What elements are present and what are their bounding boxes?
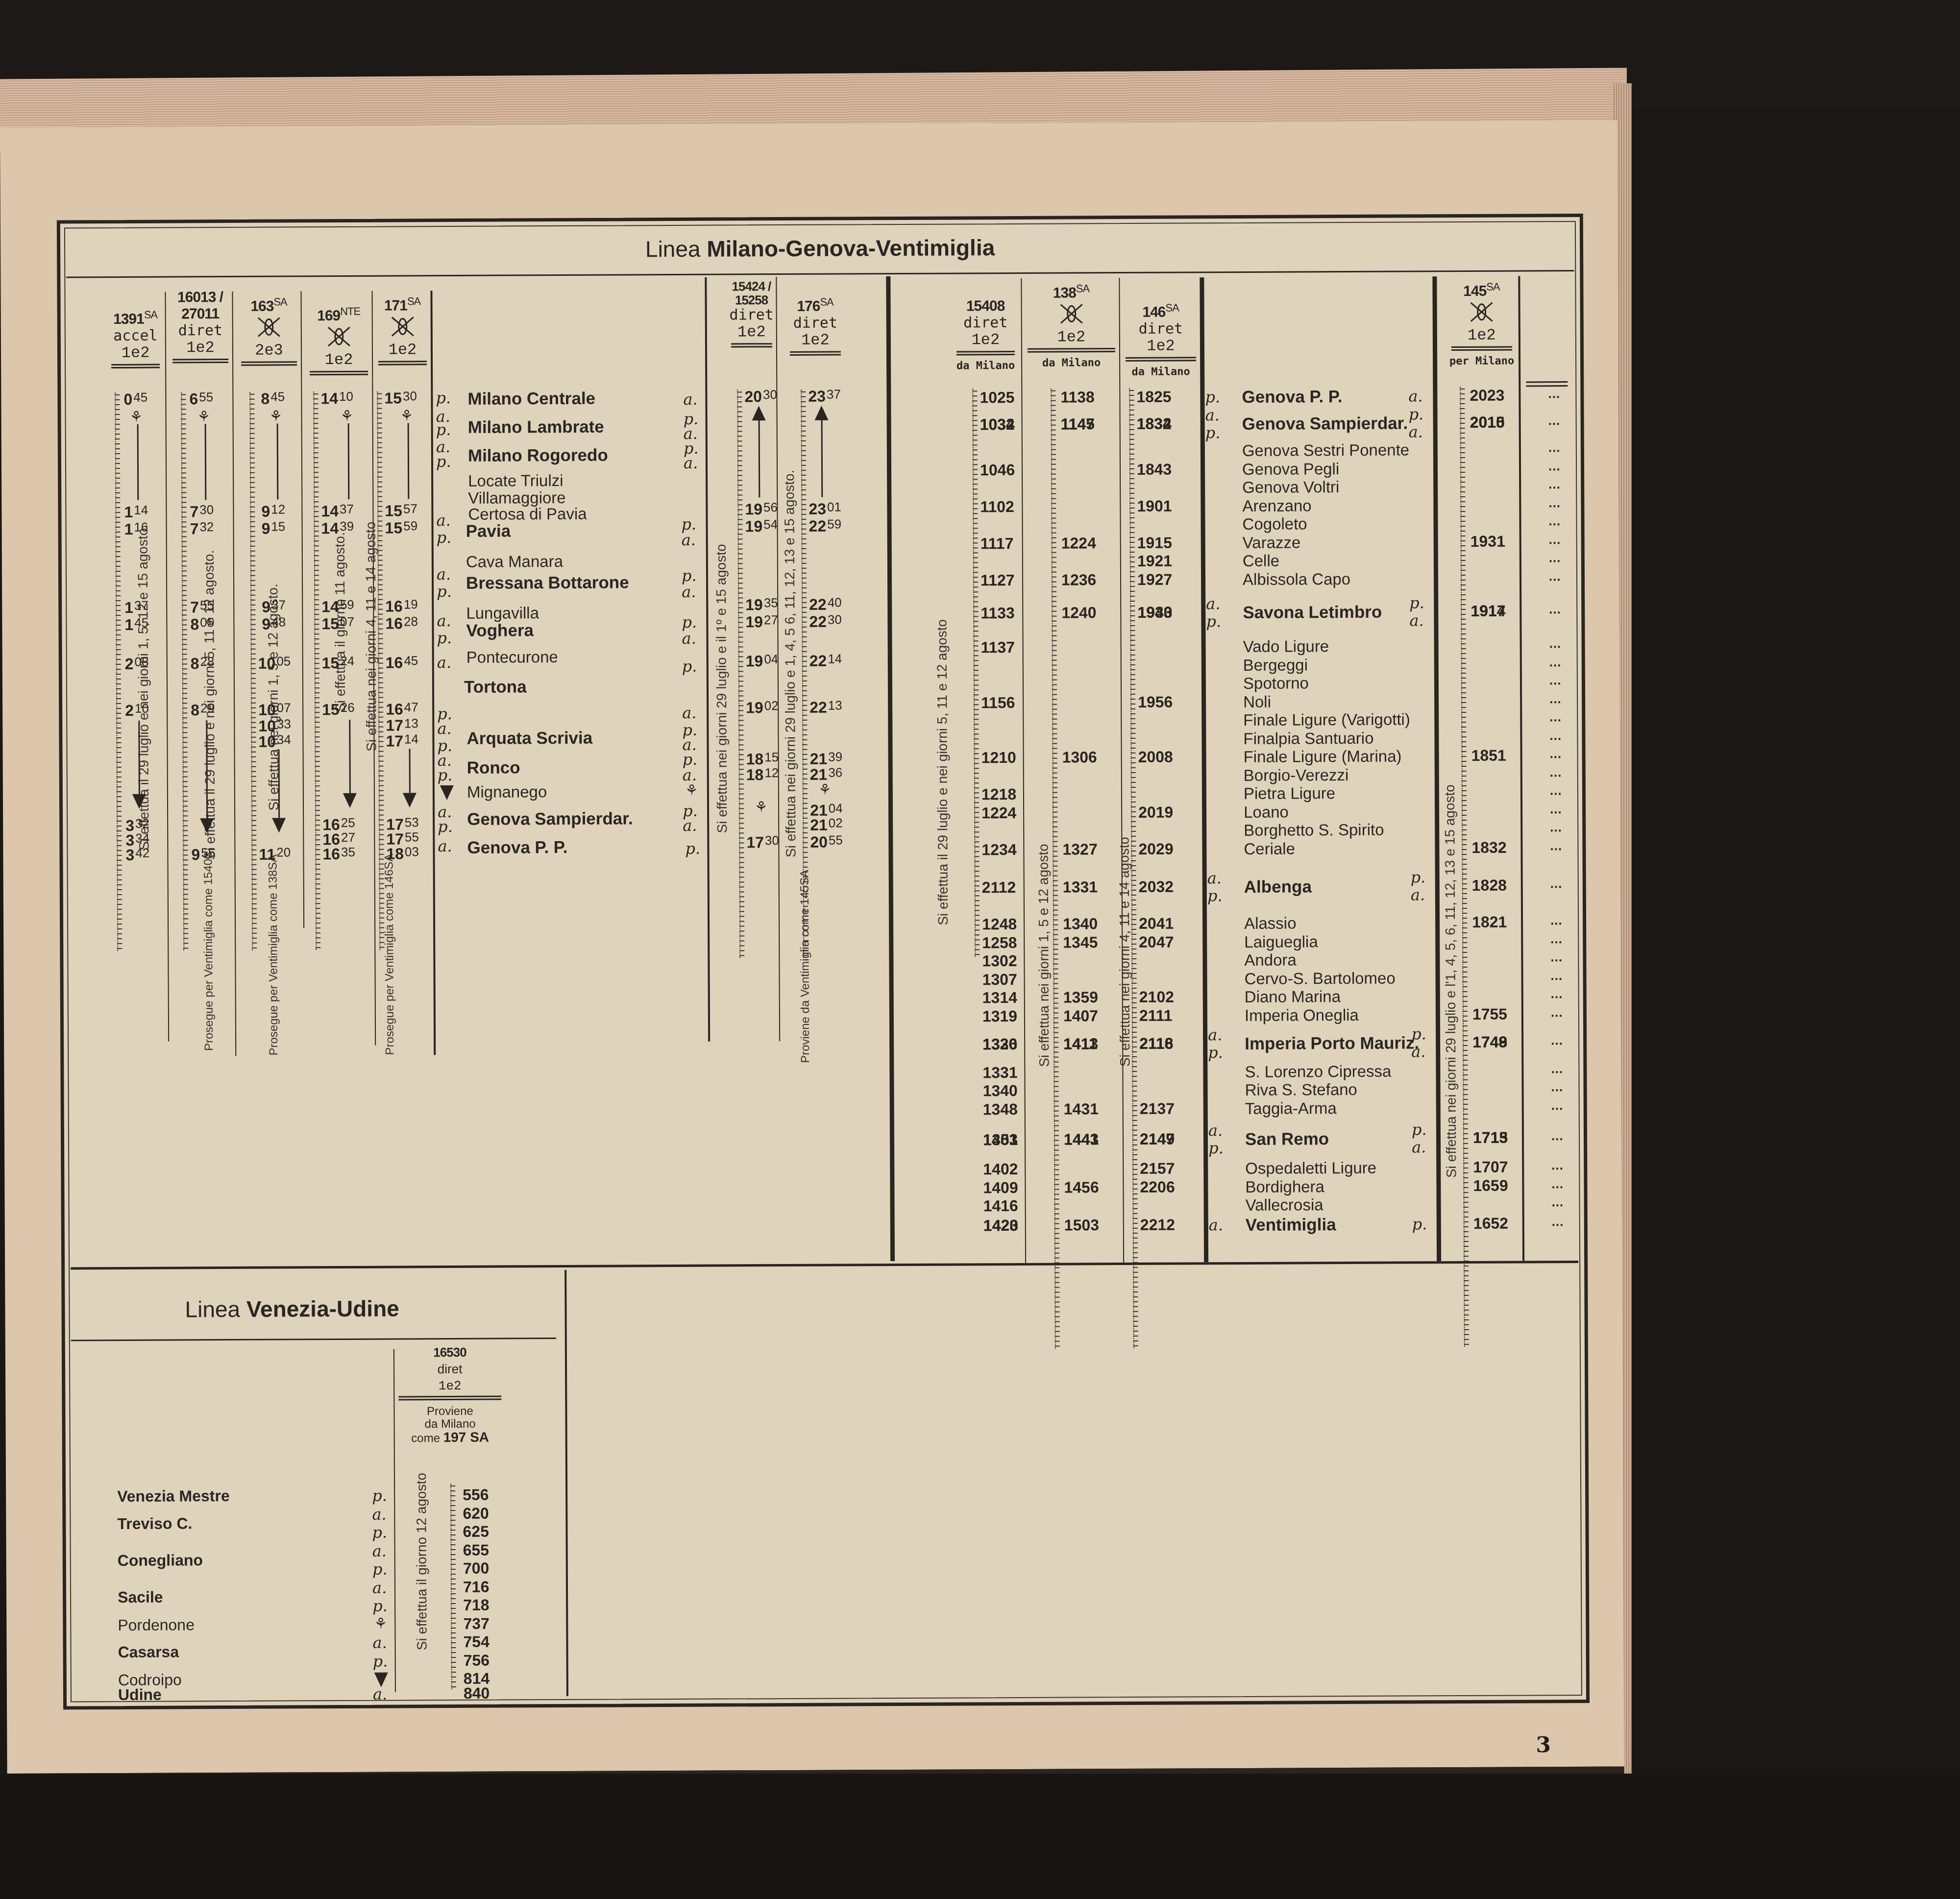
time-cell: 1133	[980, 604, 1015, 622]
time-cell: 1921	[1137, 552, 1172, 570]
station-noli[interactable]: Noli	[1243, 693, 1271, 711]
station-cogoleto[interactable]: Cogoleto	[1242, 514, 1307, 534]
time-cell: 1302	[982, 952, 1017, 970]
station-imperia-porto-mauriz-[interactable]: Imperia Porto Mauriz.	[1245, 1033, 1419, 1054]
no-stop-icon: ⚘	[374, 1615, 387, 1632]
train-header-15424: 15424 / 15258 diret 1e2	[727, 279, 776, 347]
station-cervo-s-bartolomeo[interactable]: Cervo-S. Bartolomeo	[1245, 969, 1396, 988]
train-header-146: 146SA diret 1e2 da Milano	[1122, 299, 1200, 379]
arrow-down-icon	[132, 794, 146, 809]
station-genova-voltri[interactable]: Genova Voltri	[1242, 478, 1339, 497]
station-finalpia-santuario[interactable]: Finalpia Santuario	[1243, 729, 1373, 748]
station-spotorno[interactable]: Spotorno	[1243, 674, 1309, 693]
timetable-frame: Linea Milano-Genova-Ventimiglia 1391SA a…	[57, 214, 1590, 1710]
time-cell: 1821	[1472, 913, 1507, 931]
rapido-icon	[389, 314, 416, 339]
time-cell: 1025	[980, 389, 1014, 407]
time-cell: 655	[463, 1541, 490, 1559]
time-cell: 1127	[980, 571, 1015, 589]
rapido-icon	[1468, 300, 1495, 324]
train-header-171: 171SA 1e2	[374, 293, 431, 365]
time-cell: 2008	[1138, 748, 1173, 766]
station-ospedaletti-ligure[interactable]: Ospedaletti Ligure	[1245, 1159, 1376, 1178]
station-bressana-bottarone[interactable]: Bressana Bottarone	[466, 573, 629, 593]
time-cell: 1914	[1470, 602, 1505, 620]
time-cell: 1416	[983, 1197, 1018, 1215]
station-ronco[interactable]: Ronco	[467, 758, 520, 778]
station-borghetto-s-spirito[interactable]: Borghetto S. Spirito	[1244, 821, 1384, 840]
time-cell: 2149	[1140, 1130, 1175, 1148]
time-cell: 1218	[981, 785, 1016, 803]
time-cell: 1138	[1060, 388, 1095, 406]
station-treviso-c-[interactable]: Treviso C.	[117, 1514, 192, 1533]
train-header-16013: 16013 / 27011 diret 1e2	[168, 289, 232, 364]
station-savona-letimbro[interactable]: Savona Letimbro	[1243, 603, 1382, 623]
time-cell: 1828	[1472, 876, 1507, 895]
time-cell: 1713	[1473, 1129, 1508, 1147]
time-cell: 1156	[981, 694, 1015, 712]
rapido-icon	[255, 315, 283, 339]
station-voghera[interactable]: Voghera	[466, 621, 534, 641]
station-borgio-verezzi[interactable]: Borgio-Verezzi	[1244, 766, 1349, 785]
time-cell: 1340	[983, 1082, 1018, 1100]
no-stop-icon: ⚘	[130, 409, 143, 426]
station-genova-pp[interactable]: Genova P. P.	[467, 838, 567, 858]
station-arquata-scrivia[interactable]: Arquata Scrivia	[466, 729, 592, 749]
train-header-169: 169NTE 1e2	[306, 303, 372, 376]
time-cell: 1431	[1064, 1100, 1099, 1118]
station-udine[interactable]: Udine	[118, 1686, 162, 1704]
train-header-15408: 15408 diret 1e2 da Milano	[953, 298, 1019, 373]
station-venezia-mestre[interactable]: Venezia Mestre	[117, 1487, 230, 1506]
time-cell: 716	[463, 1578, 490, 1596]
time-cell: 1834	[1137, 415, 1172, 433]
time-cell: 1748	[1472, 1033, 1507, 1051]
station-conegliano[interactable]: Conegliano	[118, 1551, 203, 1570]
train-header-176: 176SA diret 1e2	[785, 293, 845, 356]
station-milano-centrale[interactable]: Milano Centrale	[467, 389, 595, 409]
time-cell: 1340	[1063, 915, 1098, 933]
time-cell: 1117	[980, 535, 1014, 553]
time-cell: 1407	[1063, 1007, 1098, 1025]
station-pietra-ligure[interactable]: Pietra Ligure	[1244, 784, 1335, 803]
station-finale-ligure-varigotti-[interactable]: Finale Ligure (Varigotti)	[1243, 710, 1410, 729]
time-cell: 1306	[1062, 748, 1097, 766]
time-cell: 1503	[1064, 1216, 1099, 1234]
station-finale-ligure-marina-[interactable]: Finale Ligure (Marina)	[1244, 747, 1402, 766]
time-cell: 1224	[981, 804, 1016, 822]
time-cell: 1314	[982, 989, 1017, 1007]
time-cell: 2041	[1139, 915, 1174, 933]
time-cell: 1423	[983, 1217, 1018, 1235]
station-alassio[interactable]: Alassio	[1244, 914, 1297, 932]
time-cell: 700	[463, 1559, 490, 1578]
station-milano-lambrate[interactable]: Milano Lambrate	[468, 417, 604, 438]
station-riva-s-stefano[interactable]: Riva S. Stefano	[1245, 1080, 1357, 1099]
station-albissola-capo[interactable]: Albissola Capo	[1243, 570, 1350, 589]
time-cell: 2137	[1140, 1100, 1175, 1118]
time-cell: 2047	[1139, 933, 1174, 951]
time-cell: 1915	[1137, 534, 1172, 552]
train-header-138: 138SA 1e2 da Milano	[1023, 280, 1119, 370]
time-cell: 1034	[980, 415, 1015, 434]
time-cell: 620	[463, 1505, 489, 1523]
station-genova-p-p-[interactable]: Genova P. P.	[1242, 387, 1342, 407]
station-ventimiglia[interactable]: Ventimiglia	[1246, 1215, 1336, 1235]
time-cell: 2157	[1140, 1160, 1175, 1178]
time-cell: 2019	[1138, 803, 1173, 822]
no-stop-icon: ⚘	[685, 782, 698, 799]
station-albenga[interactable]: Albenga	[1244, 877, 1312, 897]
time-cell: 625	[463, 1523, 489, 1541]
time-cell: 1931	[1470, 533, 1505, 551]
time-cell: 1319	[982, 1007, 1017, 1025]
time-cell: 1755	[1472, 1005, 1507, 1023]
time-cell: 1456	[1064, 1178, 1099, 1196]
time-cell: 1359	[1063, 988, 1098, 1006]
station-genova-sestri-ponente[interactable]: Genova Sestri Ponente	[1242, 440, 1409, 460]
time-cell: 1825	[1136, 388, 1171, 406]
time-cell: 2111	[1139, 1007, 1173, 1025]
station-casarsa[interactable]: Casarsa	[118, 1643, 179, 1661]
station-laigueglia[interactable]: Laigueglia	[1244, 932, 1318, 951]
time-cell: 1046	[980, 461, 1015, 479]
time-cell: 1402	[983, 1160, 1018, 1178]
venezia-udine-title: Linea Venezia-Udine	[185, 1295, 399, 1322]
train-header-163: 163SA 2e3	[237, 293, 301, 366]
time-cell: 1236	[1061, 571, 1096, 589]
time-cell: 1843	[1137, 461, 1172, 479]
time-cell: 2023	[1470, 387, 1504, 405]
time-cell: 1652	[1473, 1215, 1508, 1233]
time-cell: 1345	[1063, 933, 1098, 951]
time-cell: 1240	[1061, 604, 1096, 622]
time-cell: 1137	[981, 638, 1015, 657]
train-header-1391: 1391SA accel 1e2	[107, 307, 164, 369]
station-milano-rogoredo[interactable]: Milano Rogoredo	[468, 446, 608, 466]
time-cell: 1401	[983, 1131, 1018, 1149]
time-cell: 1248	[982, 915, 1017, 933]
time-cell: 1307	[982, 971, 1017, 989]
time-cell: 1659	[1473, 1177, 1508, 1195]
station-imperia-oneglia[interactable]: Imperia Oneglia	[1245, 1006, 1359, 1025]
station-genova-sampierdarena[interactable]: Genova Sampierdar.	[467, 809, 633, 829]
page-number: 3	[1536, 1732, 1551, 1757]
station-varazze[interactable]: Varazze	[1243, 533, 1301, 552]
time-cell: 1258	[982, 934, 1017, 952]
station-san-remo[interactable]: San Remo	[1245, 1129, 1329, 1149]
station-diano-marina[interactable]: Diano Marina	[1245, 987, 1341, 1006]
time-cell: 556	[463, 1486, 489, 1504]
station-bergeggi[interactable]: Bergeggi	[1243, 656, 1308, 675]
time-cell: 045	[123, 390, 147, 409]
station-pavia[interactable]: Pavia	[466, 521, 511, 541]
time-cell: 1348	[983, 1100, 1018, 1119]
time-cell: 2032	[1139, 878, 1174, 896]
rapido-icon	[1057, 301, 1085, 326]
time-cell: 2112	[982, 878, 1016, 897]
time-cell: 1927	[1137, 571, 1172, 589]
station-arenzano[interactable]: Arenzano	[1242, 496, 1311, 515]
time-cell: 1413	[1063, 1035, 1098, 1053]
time-cell: 1327	[1062, 840, 1097, 858]
time-cell: 1707	[1473, 1158, 1508, 1176]
time-cell: 1331	[1063, 878, 1098, 896]
station-vallecrosia[interactable]: Vallecrosia	[1246, 1195, 1323, 1215]
time-cell: 718	[463, 1596, 490, 1614]
station-vado-ligure[interactable]: Vado Ligure	[1243, 637, 1329, 656]
time-cell: 2206	[1140, 1178, 1175, 1196]
time-cell: 1210	[981, 749, 1016, 767]
time-cell: 1224	[1061, 534, 1096, 552]
station-celle[interactable]: Celle	[1243, 552, 1279, 570]
time-cell: 1330	[982, 1035, 1017, 1053]
time-cell: 2029	[1138, 840, 1173, 858]
time-cell: 1102	[980, 498, 1014, 516]
time-cell: 840	[464, 1684, 490, 1703]
time-cell: 1832	[1471, 839, 1506, 857]
rapido-icon	[325, 324, 352, 349]
station-s-lorenzo-cipressa[interactable]: S. Lorenzo Cipressa	[1245, 1062, 1391, 1081]
time-cell: 737	[463, 1615, 490, 1633]
time-cell: 1331	[982, 1064, 1017, 1082]
time-cell: 1940	[1137, 604, 1172, 622]
time-cell: 1234	[981, 841, 1016, 859]
station-ceriale[interactable]: Ceriale	[1244, 839, 1295, 858]
train-header-145: 145SA 1e2 per Milano	[1447, 279, 1516, 369]
time-cell: 2102	[1139, 988, 1174, 1006]
time-cell: 2212	[1140, 1216, 1175, 1234]
station-pordenone[interactable]: Pordenone	[118, 1616, 195, 1634]
time-cell: 1851	[1471, 747, 1506, 765]
time-cell: 1956	[1138, 693, 1173, 711]
time-cell: 2118	[1139, 1035, 1174, 1053]
time-cell: 1147	[1061, 415, 1095, 433]
station-sacile[interactable]: Sacile	[118, 1588, 163, 1607]
timetable-page: Linea Milano-Genova-Ventimiglia 1391SA a…	[0, 121, 1624, 1774]
station-andora[interactable]: Andora	[1244, 950, 1297, 969]
time-cell: 754	[463, 1633, 490, 1651]
train-header-16530: 16530 diret 1e2 Proviene da Milano come …	[398, 1344, 502, 1446]
station-tortona[interactable]: Tortona	[464, 677, 527, 697]
time-cell: 1409	[983, 1179, 1018, 1197]
arrow-up-icon	[752, 406, 765, 420]
time-cell: 2010	[1470, 414, 1505, 432]
time-cell: 1443	[1064, 1130, 1099, 1148]
time-cell: 756	[464, 1652, 490, 1670]
time-cell: 1901	[1137, 497, 1172, 515]
station-genova-pegli[interactable]: Genova Pegli	[1242, 460, 1339, 479]
station-taggia-arma[interactable]: Taggia-Arma	[1245, 1099, 1337, 1118]
station-genova-sampierdar-[interactable]: Genova Sampierdar.	[1242, 414, 1408, 434]
station-bordighera[interactable]: Bordighera	[1245, 1177, 1324, 1196]
station-loano[interactable]: Loano	[1244, 803, 1289, 822]
